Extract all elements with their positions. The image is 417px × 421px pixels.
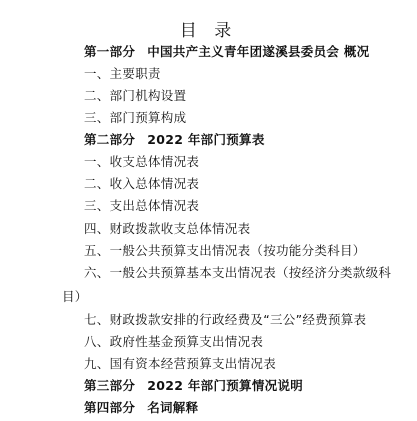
part-1-heading: 第一部分中国共产主义青年团遂溪县委员会 概况 [84,44,369,60]
part-number: 第三部分 [84,378,135,393]
part-number: 第四部分 [84,400,135,415]
toc-item-continuation: 目） [62,289,88,305]
toc-item: 一、主要职责 [84,66,161,82]
toc-item: 四、财政拨款收支总体情况表 [84,221,250,237]
part-number: 第一部分 [84,44,135,59]
part-title: 2022 年部门预算情况说明 [147,378,303,393]
part-number: 第二部分 [84,132,135,147]
toc-item: 一、收支总体情况表 [84,154,199,170]
toc-item: 二、收入总体情况表 [84,176,199,192]
toc-item: 三、支出总体情况表 [84,198,199,214]
part-4-heading: 第四部分名词解释 [84,400,198,416]
part-title: 2022 年部门预算表 [147,132,264,147]
part-title: 中国共产主义青年团遂溪县委员会 概况 [147,44,369,59]
page-title: 目 录 [0,21,417,41]
part-2-heading: 第二部分2022 年部门预算表 [84,132,265,148]
toc-item: 八、政府性基金预算支出情况表 [84,334,263,350]
toc-item: 五、一般公共预算支出情况表（按功能分类科目） [84,243,366,259]
toc-item: 三、部门预算构成 [84,110,186,126]
part-title: 名词解释 [147,400,198,415]
toc-item: 二、部门机构设置 [84,88,186,104]
toc-item: 六、一般公共预算基本支出情况表（按经济分类款级科 [84,265,391,281]
part-3-heading: 第三部分2022 年部门预算情况说明 [84,378,303,394]
toc-item: 七、财政拨款安排的行政经费及“三公”经费预算表 [84,312,366,328]
toc-item: 九、国有资本经营预算支出情况表 [84,356,276,372]
